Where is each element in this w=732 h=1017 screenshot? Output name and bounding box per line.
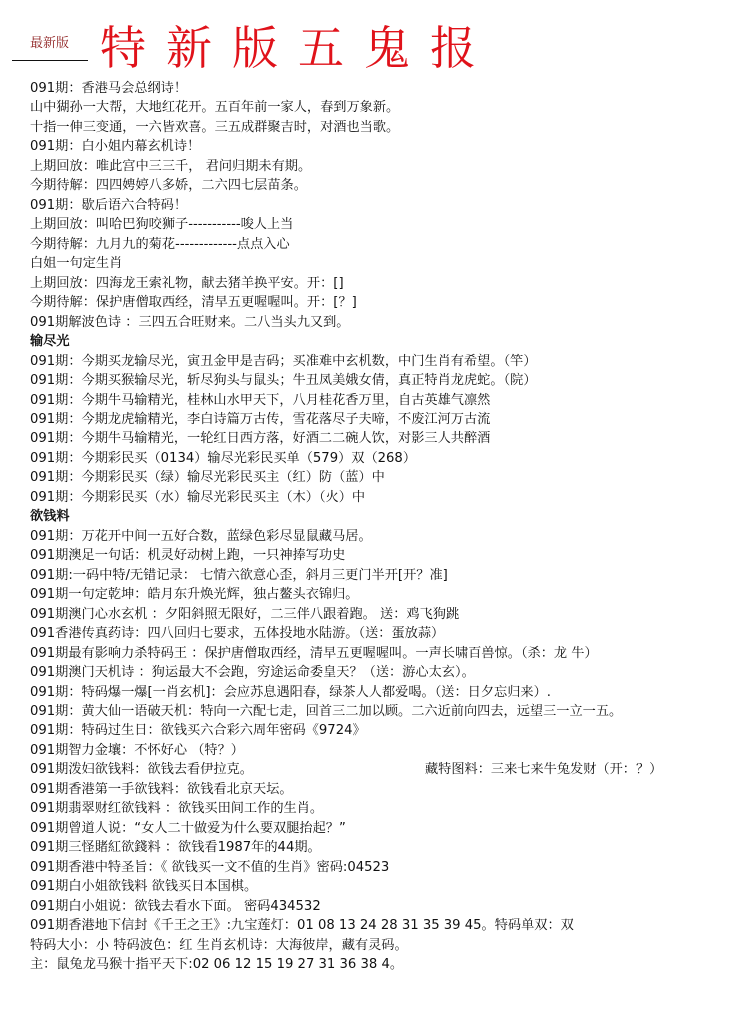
text-line: 091期：香港马会总纲诗！	[30, 79, 730, 98]
text-line: 091期：今期彩民买（0134）输尽光彩民买单（579）双（268）	[30, 449, 730, 468]
text-line: 091期：黄大仙一语破天机：特向一六配七走，回首三二加以顾。二六近前向四去，远望…	[30, 702, 730, 721]
line-text: 上期回放：四海龙王索礼物，献去猪羊换平安。开：[]	[30, 276, 344, 291]
text-line: 091期澳门天机诗 ：狗运最大不会跑，穷途运命委皇天？（送：游心太玄）。	[30, 663, 730, 682]
text-line: 091期香港中特圣旨：《 欲钱买一文不值的生肖》密码:04523	[30, 858, 730, 877]
text-line: 上期回放：四海龙王索礼物，献去猪羊换平安。开：[]	[30, 274, 730, 293]
line-text: 091期：白小姐内幕玄机诗！	[30, 139, 200, 154]
text-line: 白姐一句定生肖	[30, 254, 730, 273]
text-line: 091期：万花开中间一五好合数，蓝绿色彩尽显鼠藏马居。	[30, 527, 730, 546]
line-text: 091期：特码爆一爆[一肖玄机]：会应苏息遇阳春，绿茶人人都爱喝。（送：日夕忘归…	[30, 685, 551, 700]
text-line: 091期：今期彩民买（绿）输尽光彩民买主（红）防（蓝）中	[30, 468, 730, 487]
line-text: 091期香港中特圣旨：《 欲钱买一文不值的生肖》密码:04523	[30, 860, 389, 875]
text-line: 091期智力金壤：不怀好心 （特？）	[30, 741, 730, 760]
text-line: 091期:一码中特/无错记录： 七情六欲意心歪，斜月三更门半开[开？准]	[30, 566, 730, 585]
line-text: 091期曾道人说：“女人二十做爱为什么要双腿抬起？”	[30, 821, 346, 836]
text-line: 091期：今期牛马输精光，桂林山水甲天下，八月桂花香万里，自古英雄气凛然	[30, 391, 730, 410]
text-line: 十指一伸三变通，一六皆欢喜。三五成群聚吉时，对酒也当歌。	[30, 118, 730, 137]
text-line: 山中猢孙一大帮，大地红花开。五百年前一家人，春到万象新。	[30, 98, 730, 117]
line-text: 主：鼠兔龙马猴十指平天下:02 06 12 15 19 27 31 36 38 …	[30, 957, 403, 972]
line-text: 091期：今期龙虎输精光，李白诗篇万古传，雪花落尽子夫啼，不废江河万古流	[30, 412, 490, 427]
edition-underline	[12, 60, 88, 61]
line-text: 091期：万花开中间一五好合数，蓝绿色彩尽显鼠藏马居。	[30, 529, 372, 544]
line-text: 091期三怪賭紅欲錢料 ：欲钱看1987年的44期。	[30, 840, 321, 855]
line-text: 091期白小姐说：欲钱去看水下面。 密码434532	[30, 899, 321, 914]
text-line: 上期回放：叫哈巴狗咬狮子-----------唆人上当	[30, 215, 730, 234]
line-text: 091期香港第一手欲钱料：欲钱看北京天坛。	[30, 782, 293, 797]
line-text: 十指一伸三变通，一六皆欢喜。三五成群聚吉时，对酒也当歌。	[30, 120, 399, 135]
line-text: 今期待解：九月九的菊花-------------点点入心	[30, 237, 290, 252]
line-text: 欲钱料	[30, 509, 70, 524]
line-text: 上期回放：叫哈巴狗咬狮子-----------唆人上当	[30, 217, 293, 232]
text-line: 上期回放：唯此宫中三三千， 君问归期未有期。	[30, 157, 730, 176]
text-line: 今期待解：九月九的菊花-------------点点入心	[30, 235, 730, 254]
text-line: 091期：白小姐内幕玄机诗！	[30, 137, 730, 156]
text-line: 091期：今期彩民买（水）输尽光彩民买主（木）（火）中	[30, 488, 730, 507]
edition-tag: 最新版	[30, 32, 69, 51]
line-text: 山中猢孙一大帮，大地红花开。五百年前一家人，春到万象新。	[30, 100, 399, 115]
text-line: 091期：特码爆一爆[一肖玄机]：会应苏息遇阳春，绿茶人人都爱喝。（送：日夕忘归…	[30, 683, 730, 702]
text-line: 091期：今期牛马输精光，一轮红日西方落，好酒二二碗人饮，对影三人共醉酒	[30, 429, 730, 448]
text-line: 091期三怪賭紅欲錢料 ：欲钱看1987年的44期。	[30, 838, 730, 857]
prediction-text-body: 091期：香港马会总纲诗！山中猢孙一大帮，大地红花开。五百年前一家人，春到万象新…	[30, 79, 730, 975]
line-text: 091期智力金壤：不怀好心 （特？）	[30, 743, 244, 758]
line-text: 091期澳门天机诗 ：狗运最大不会跑，穷途运命委皇天？（送：游心太玄）。	[30, 665, 475, 680]
text-line: 091期澳足一句话：机灵好动树上跑，一只神捧写功史	[30, 546, 730, 565]
line-text: 091期泼妇欲钱料：欲钱去看伊拉克。	[30, 762, 253, 777]
line-text: 上期回放：唯此宫中三三千， 君问归期未有期。	[30, 159, 311, 174]
title-char: 版	[232, 18, 298, 78]
line-text: 091期解波色诗 ：三四五合旺财来。二八当头九又到。	[30, 315, 350, 330]
line-text-right: 藏特图料：三来七来牛兔发财（开：？）	[425, 760, 662, 779]
line-text: 091期：今期彩民买（0134）输尽光彩民买单（579）双（268）	[30, 451, 416, 466]
text-line: 091期曾道人说：“女人二十做爱为什么要双腿抬起？”	[30, 819, 730, 838]
line-text: 091期澳足一句话：机灵好动树上跑，一只神捧写功史	[30, 548, 345, 563]
line-text: 091期翡翠财红欲钱料 ：欲钱买田间工作的生肖。	[30, 801, 323, 816]
line-text: 091期白小姐欲钱料 欲钱买日本国棋。	[30, 879, 257, 894]
line-text: 091期：歇后语六合特码！	[30, 198, 187, 213]
title-char: 鬼	[364, 18, 430, 78]
line-text: 091期：今期牛马输精光，桂林山水甲天下，八月桂花香万里，自古英雄气凛然	[30, 393, 490, 408]
line-text: 今期待解：保护唐僧取西经，清早五更喔喔叫。开：[？]	[30, 295, 357, 310]
line-text: 091期香港地下信封《千王之王》:九宝莲灯：01 08 13 24 28 31 …	[30, 918, 574, 933]
text-line: 091期澳门心水玄机 ：夕阳斜照无限好，二三伴八跟着跑。 送：鸡飞狗跳	[30, 605, 730, 624]
text-line: 特码大小：小 特码波色：红 生肖玄机诗：大海彼岸，藏有灵码。	[30, 936, 730, 955]
text-line: 091期白小姐说：欲钱去看水下面。 密码434532	[30, 897, 730, 916]
title-char: 报	[430, 18, 496, 78]
text-line: 091期最有影响力杀特码王 ：保护唐僧取西经，清早五更喔喔叫。一声长啸百兽惊。（…	[30, 644, 730, 663]
line-text: 091期最有影响力杀特码王 ：保护唐僧取西经，清早五更喔喔叫。一声长啸百兽惊。（…	[30, 646, 598, 661]
text-line: 主：鼠兔龙马猴十指平天下:02 06 12 15 19 27 31 36 38 …	[30, 955, 730, 974]
line-text: 特码大小：小 特码波色：红 生肖玄机诗：大海彼岸，藏有灵码。	[30, 938, 408, 953]
title-char: 五	[298, 18, 364, 78]
line-text: 091期:一码中特/无错记录： 七情六欲意心歪，斜月三更门半开[开？准]	[30, 568, 448, 583]
line-text: 091期澳门心水玄机 ：夕阳斜照无限好，二三伴八跟着跑。 送：鸡飞狗跳	[30, 607, 459, 622]
line-text: 白姐一句定生肖	[30, 256, 122, 271]
line-text: 091期：今期买龙输尽光，寅丑金甲是吉码；买准难中玄机数，中门生肖有希望。（竿）	[30, 354, 537, 369]
text-line: 091期白小姐欲钱料 欲钱买日本国棋。	[30, 877, 730, 896]
text-line: 今期待解：四四娉婷八多娇，二六四七层苗条。	[30, 176, 730, 195]
section-heading: 输尽光	[30, 332, 730, 351]
section-heading: 欲钱料	[30, 507, 730, 526]
text-line: 091期：今期龙虎输精光，李白诗篇万古传，雪花落尽子夫啼，不废江河万古流	[30, 410, 730, 429]
text-line: 091期一句定乾坤：皓月东升焕光辉，独占鳌头衣锦归。	[30, 585, 730, 604]
text-line: 091期解波色诗 ：三四五合旺财来。二八当头九又到。	[30, 313, 730, 332]
text-line: 091期：特码过生日：欲钱买六合彩六周年密码《9724》	[30, 721, 730, 740]
text-line: 091期香港第一手欲钱料：欲钱看北京天坛。	[30, 780, 730, 799]
line-text: 今期待解：四四娉婷八多娇，二六四七层苗条。	[30, 178, 307, 193]
line-text: 091期：特码过生日：欲钱买六合彩六周年密码《9724》	[30, 723, 366, 738]
line-text: 091期：香港马会总纲诗！	[30, 81, 187, 96]
line-text: 091期一句定乾坤：皓月东升焕光辉，独占鳌头衣锦归。	[30, 587, 358, 602]
line-text: 091香港传真药诗：四八回归七要求，五体投地水陆游。（送：蛋放蒜）	[30, 626, 444, 641]
line-text: 091期：今期牛马输精光，一轮红日西方落，好酒二二碗人饮，对影三人共醉酒	[30, 431, 490, 446]
text-line: 091期泼妇欲钱料：欲钱去看伊拉克。藏特图料：三来七来牛兔发财（开：？）	[30, 760, 730, 779]
line-text: 091期：今期彩民买（绿）输尽光彩民买主（红）防（蓝）中	[30, 470, 385, 485]
line-text: 输尽光	[30, 334, 70, 349]
text-line: 今期待解：保护唐僧取西经，清早五更喔喔叫。开：[？]	[30, 293, 730, 312]
line-text: 091期：黄大仙一语破天机：特向一六配七走，回首三二加以顾。二六近前向四去，远望…	[30, 704, 622, 719]
text-line: 091期：今期买龙输尽光，寅丑金甲是吉码；买准难中玄机数，中门生肖有希望。（竿）	[30, 352, 730, 371]
text-line: 091期：歇后语六合特码！	[30, 196, 730, 215]
page-header: 最新版 特新版五鬼报	[0, 0, 732, 78]
text-line: 091香港传真药诗：四八回归七要求，五体投地水陆游。（送：蛋放蒜）	[30, 624, 730, 643]
text-line: 091期香港地下信封《千王之王》:九宝莲灯：01 08 13 24 28 31 …	[30, 916, 730, 935]
line-text: 091期：今期买猴输尽光，斩尽狗头与鼠头；牛丑凤美娥女倩，真正特肖龙虎蛇。（院）	[30, 373, 537, 388]
line-text: 091期：今期彩民买（水）输尽光彩民买主（木）（火）中	[30, 490, 365, 505]
page-title: 特新版五鬼报	[100, 18, 496, 78]
text-line: 091期翡翠财红欲钱料 ：欲钱买田间工作的生肖。	[30, 799, 730, 818]
title-char: 新	[166, 18, 232, 78]
text-line: 091期：今期买猴输尽光，斩尽狗头与鼠头；牛丑凤美娥女倩，真正特肖龙虎蛇。（院）	[30, 371, 730, 390]
title-char: 特	[100, 18, 166, 78]
